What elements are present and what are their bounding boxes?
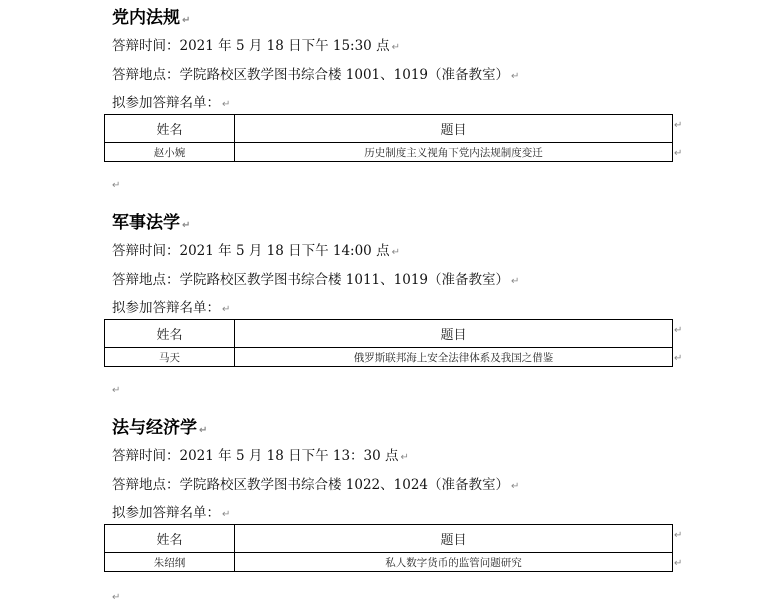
participant-list-label: 拟参加答辩名单：↵ xyxy=(112,504,230,524)
header-name: 姓名 xyxy=(105,525,235,553)
section-heading: 法与经济学↵ xyxy=(112,418,207,441)
section-heading: 军事法学↵ xyxy=(112,213,190,236)
participant-topic: 私人数字货币的监管问题研究 xyxy=(235,553,673,572)
empty-paragraph-mark: ↵ xyxy=(112,385,120,396)
row-end-mark: ↵ xyxy=(674,148,682,159)
participant-name: 朱绍纲 xyxy=(105,553,235,572)
participant-name: 赵小婉 xyxy=(105,143,235,162)
row-end-mark: ↵ xyxy=(674,120,682,131)
participant-table: 姓名题目 马天俄罗斯联邦海上安全法律体系及我国之借鉴 xyxy=(104,319,673,367)
defense-place: 答辩地点：学院路校区教学图书综合楼 1001、1019（准备教室）↵ xyxy=(112,66,519,86)
table-row: 朱绍纲私人数字货币的监管问题研究 xyxy=(105,553,673,572)
defense-place: 答辩地点：学院路校区教学图书综合楼 1022、1024（准备教室）↵ xyxy=(112,476,519,496)
participant-name: 马天 xyxy=(105,348,235,367)
table-row: 马天俄罗斯联邦海上安全法律体系及我国之借鉴 xyxy=(105,348,673,367)
participant-list-label: 拟参加答辩名单：↵ xyxy=(112,94,230,114)
defense-time: 答辩时间：2021 年 5 月 18 日下午 15:30 点↵ xyxy=(112,37,400,57)
header-name: 姓名 xyxy=(105,115,235,143)
section-heading: 党内法规↵ xyxy=(112,8,190,31)
header-topic: 题目 xyxy=(235,525,673,553)
participant-table: 姓名题目 朱绍纲私人数字货币的监管问题研究 xyxy=(104,524,673,572)
header-topic: 题目 xyxy=(235,115,673,143)
defense-time: 答辩时间：2021 年 5 月 18 日下午 14:00 点↵ xyxy=(112,242,400,262)
row-end-mark: ↵ xyxy=(674,558,682,569)
empty-paragraph-mark: ↵ xyxy=(112,592,120,603)
row-end-mark: ↵ xyxy=(674,530,682,541)
header-name: 姓名 xyxy=(105,320,235,348)
participant-topic: 俄罗斯联邦海上安全法律体系及我国之借鉴 xyxy=(235,348,673,367)
row-end-mark: ↵ xyxy=(674,353,682,364)
header-topic: 题目 xyxy=(235,320,673,348)
participant-list-label: 拟参加答辩名单：↵ xyxy=(112,299,230,319)
participant-table: 姓名题目 赵小婉历史制度主义视角下党内法规制度变迁 xyxy=(104,114,673,162)
row-end-mark: ↵ xyxy=(674,325,682,336)
defense-place: 答辩地点：学院路校区教学图书综合楼 1011、1019（准备教室）↵ xyxy=(112,271,519,291)
table-row: 赵小婉历史制度主义视角下党内法规制度变迁 xyxy=(105,143,673,162)
defense-time: 答辩时间：2021 年 5 月 18 日下午 13：30 点↵ xyxy=(112,447,409,467)
participant-topic: 历史制度主义视角下党内法规制度变迁 xyxy=(235,143,673,162)
empty-paragraph-mark: ↵ xyxy=(112,180,120,191)
